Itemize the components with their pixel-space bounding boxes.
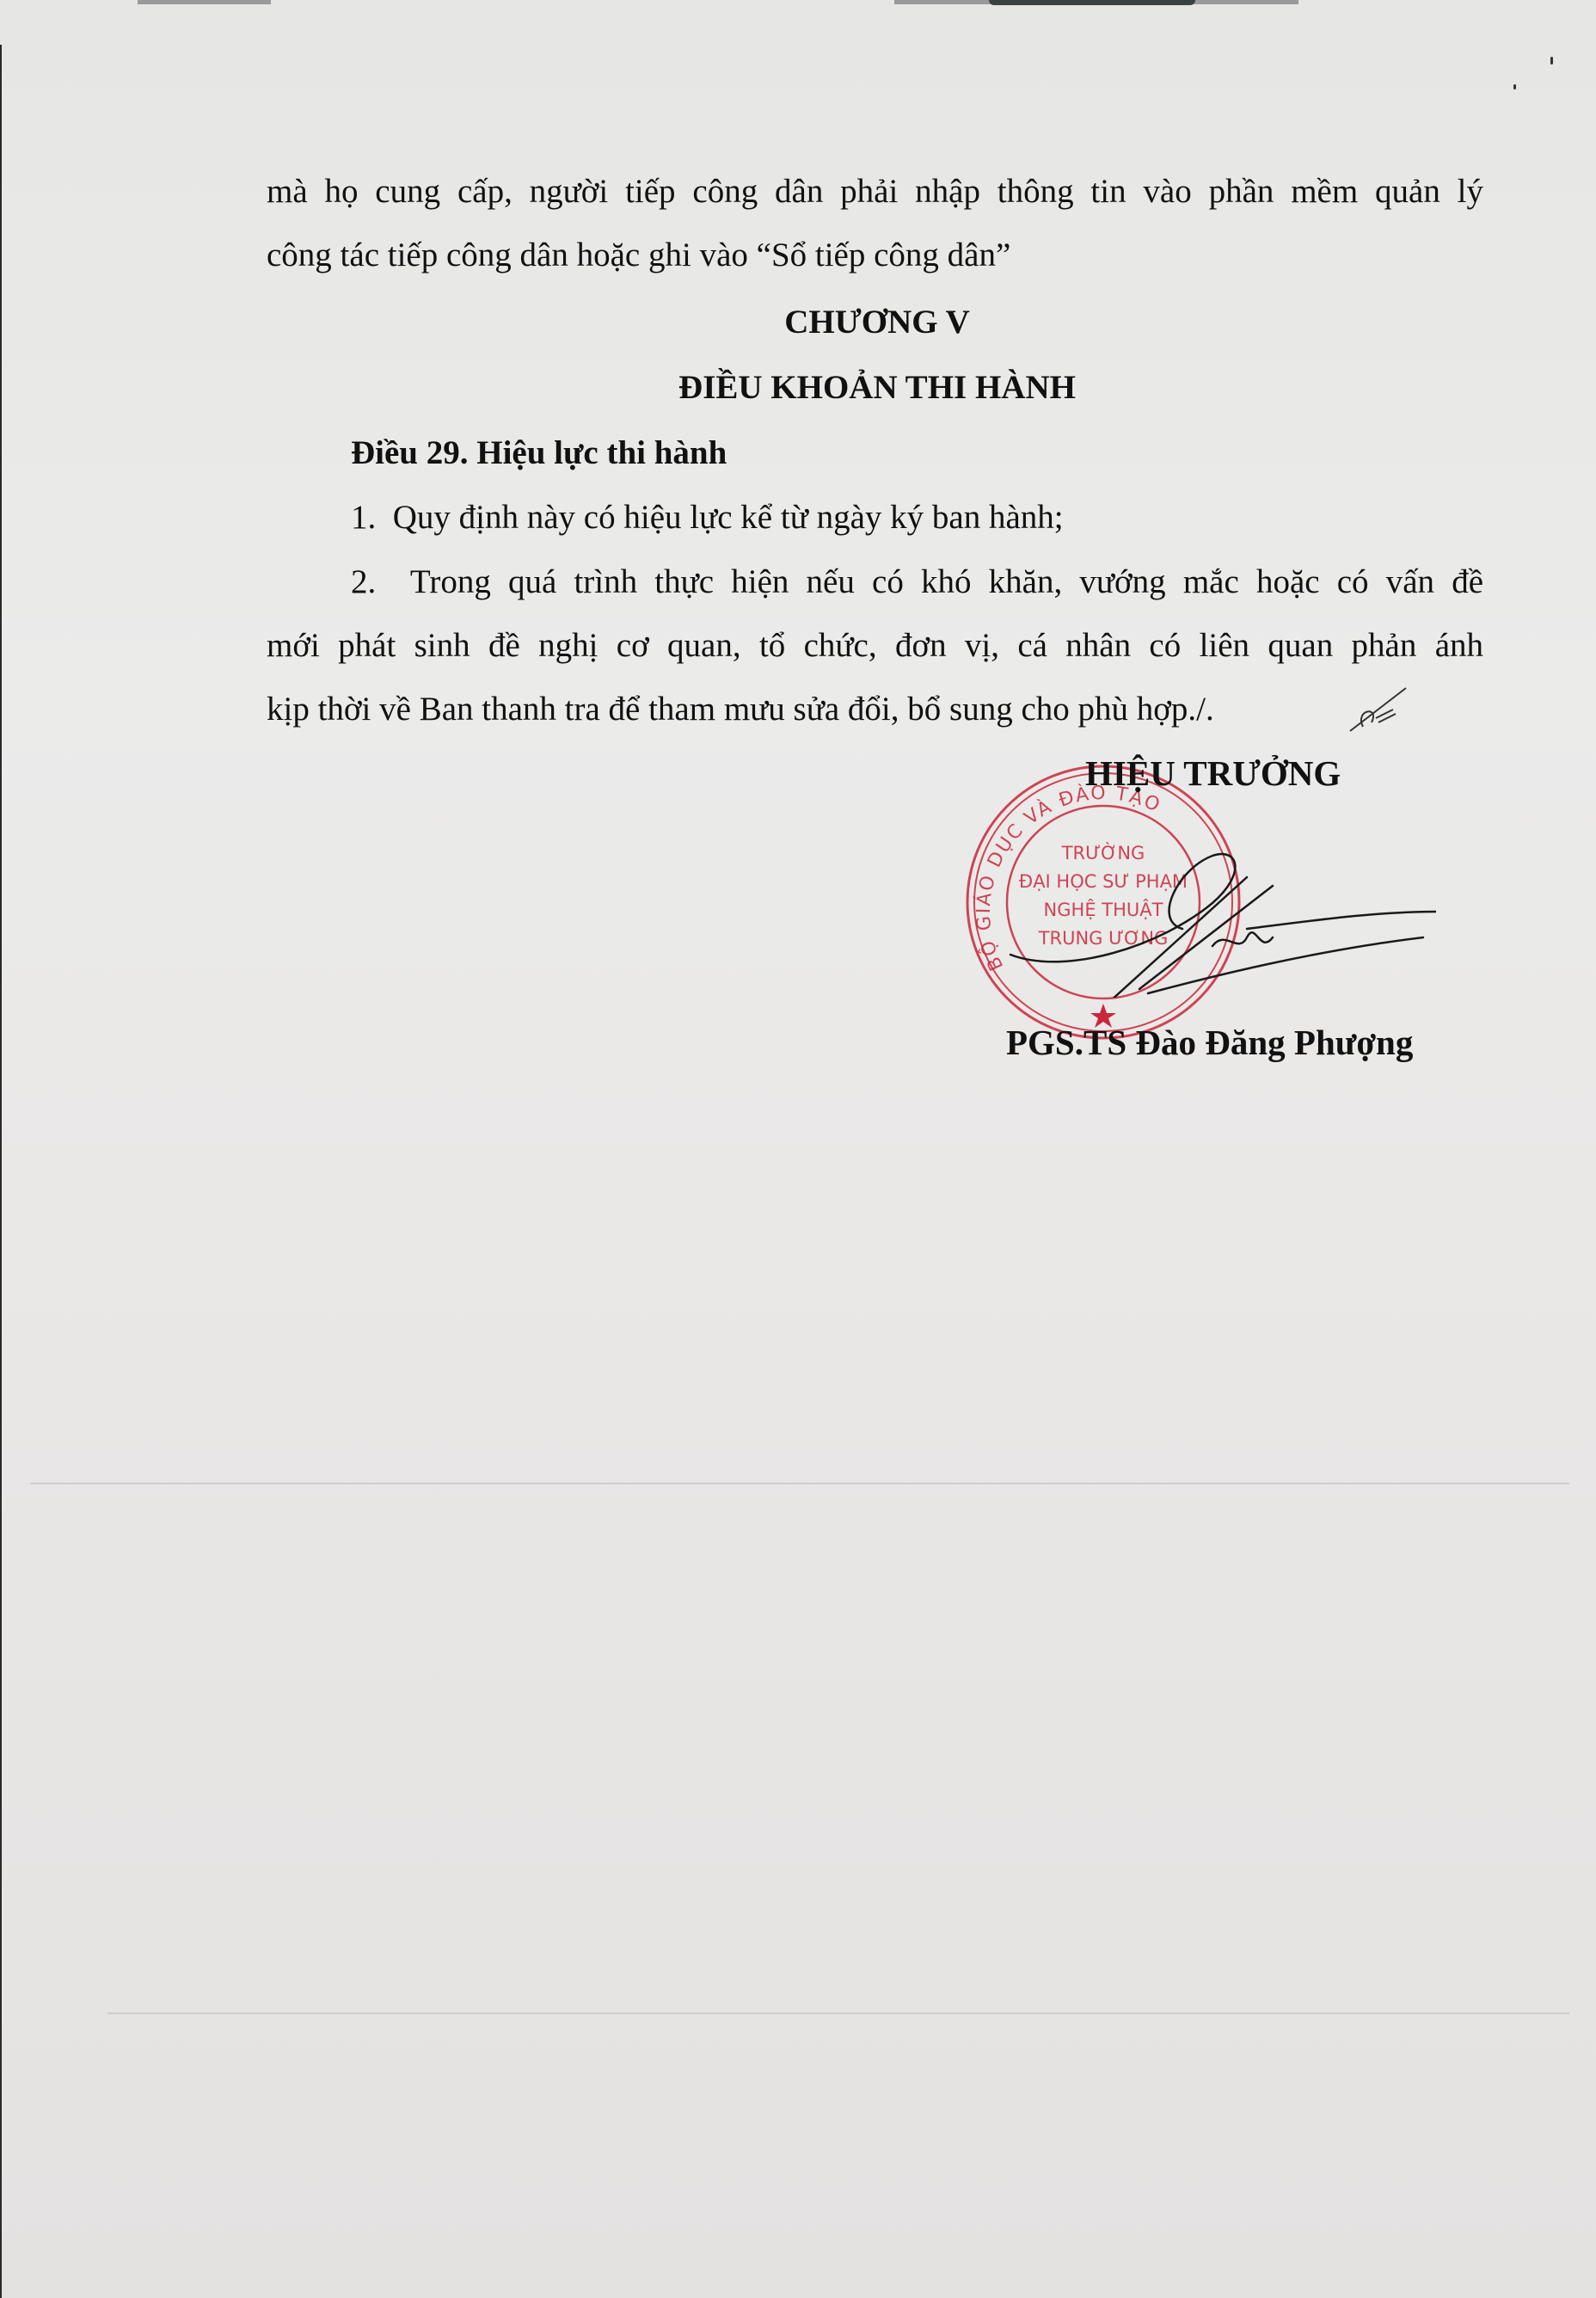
binder-clip-shadow: [989, 0, 1195, 5]
item-text: mới phát sinh đề nghị cơ quan, tổ chức, …: [267, 614, 1483, 678]
item-text: Trong quá trình thực hiện nếu có khó khă…: [410, 563, 1483, 600]
speck: [1513, 84, 1516, 89]
signature-position: HIỆU TRƯỞNG: [1085, 753, 1341, 794]
speck: [1550, 57, 1553, 65]
initial-mark-icon: [1346, 684, 1415, 735]
fold-line: [107, 2012, 1569, 2014]
chapter-title: ĐIỀU KHOẢN THI HÀNH: [0, 356, 1596, 420]
item-number: 1.: [351, 499, 376, 536]
item-text: kịp thời về Ban thanh tra để tham mưu sử…: [267, 678, 1214, 741]
article-heading: Điều 29. Hiệu lực thi hành: [351, 421, 727, 485]
scan-edge-mark: [138, 0, 271, 4]
signature-icon: [989, 826, 1436, 998]
item-number: 2.: [351, 563, 376, 600]
paragraph-line: công tác tiếp công dân hoặc ghi vào “Sổ …: [267, 224, 1010, 287]
article-item-1: 1. Quy định này có hiệu lực kể từ ngày k…: [351, 486, 1064, 550]
signer-name: PGS.TS Đào Đăng Phượng: [1006, 1022, 1413, 1063]
paragraph-line: mà họ cung cấp, người tiếp công dân phải…: [267, 160, 1483, 224]
item-text: Quy định này có hiệu lực kể từ ngày ký b…: [393, 499, 1064, 536]
chapter-number: CHƯƠNG V: [0, 291, 1596, 354]
fold-line: [30, 1483, 1569, 1484]
